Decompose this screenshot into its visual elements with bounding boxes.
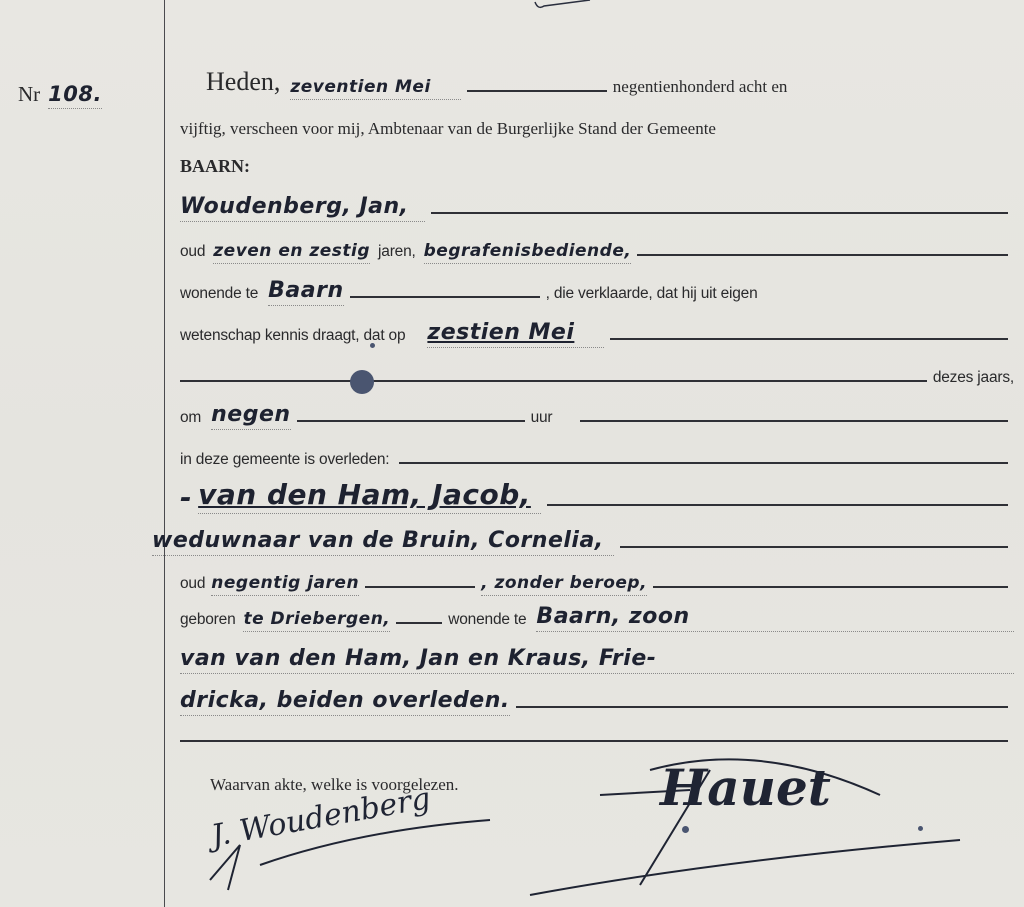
- line-municipality: BAARN:: [180, 146, 1014, 180]
- declarant-name-handwritten: Woudenberg, Jan,: [180, 194, 425, 222]
- heden-label: Heden,: [206, 67, 280, 100]
- civil-death-record-page: Nr 108. Heden, zeventien Mei negentienho…: [0, 0, 1024, 907]
- ink-blot: [350, 370, 374, 394]
- oud-label: oud: [180, 243, 205, 264]
- fill-line: [467, 90, 607, 92]
- record-number: Nr 108.: [18, 82, 102, 109]
- deceased-occupation-handwritten: , zonder beroep,: [481, 573, 647, 596]
- parents-cont-handwritten: dricka, beiden overleden.: [180, 688, 510, 716]
- wonende-te-label: wonende te: [448, 611, 526, 632]
- spouse-handwritten: weduwnaar van de Bruin, Cornelia,: [152, 528, 614, 556]
- oud-label: oud: [180, 575, 205, 596]
- line-declarant-residence: wonende te Baarn , die verklaarde, dat h…: [180, 272, 1014, 306]
- dash: -: [180, 481, 192, 514]
- fill-line: [516, 706, 1008, 708]
- death-date-handwritten: zestien Mei: [427, 320, 604, 348]
- fill-line: [297, 420, 525, 422]
- geboren-label: geboren: [180, 611, 235, 632]
- birthplace-handwritten: te Driebergen,: [243, 609, 390, 632]
- record-number-label: Nr: [18, 82, 40, 107]
- registration-date-handwritten: zeventien Mei: [290, 77, 460, 100]
- deceased-residence-handwritten: Baarn, zoon: [536, 604, 1014, 632]
- fill-line: [637, 254, 1008, 256]
- declarant-residence-handwritten: Baarn: [268, 278, 343, 306]
- fill-line: [399, 462, 1008, 464]
- line-death-date: wetenschap kennis draagt, dat op zestien…: [180, 314, 1014, 348]
- line-declarant: Woudenberg, Jan,: [180, 188, 1014, 222]
- fill-line: [365, 586, 475, 588]
- fill-line: [547, 504, 1008, 506]
- line-appearance: vijftig, verscheen voor mij, Ambtenaar v…: [180, 108, 1014, 142]
- uur-label: uur: [531, 409, 553, 430]
- jaren-label: jaren,: [378, 243, 416, 264]
- ink-dot: [918, 826, 923, 831]
- wonende-te-label: wonende te: [180, 285, 258, 306]
- fill-line: [431, 212, 1008, 214]
- declaration-text: , die verklaarde, dat hij uit eigen: [546, 285, 758, 306]
- signature-official-flourish: [520, 750, 990, 900]
- line-year: dezes jaars,: [180, 356, 1014, 390]
- year-text: negentienhonderd acht en: [613, 77, 788, 100]
- fill-line: [396, 622, 442, 624]
- deceased-name-handwritten: van den Ham, Jacob,: [198, 478, 541, 514]
- record-number-value: 108.: [48, 82, 102, 109]
- line-death-hour: om negen uur: [180, 396, 1014, 430]
- margin-rule: [164, 0, 165, 907]
- fill-line: [580, 420, 1008, 422]
- line-deceased-name: - van den Ham, Jacob,: [180, 480, 1014, 514]
- death-hour-handwritten: negen: [211, 402, 290, 430]
- ink-dot: [682, 826, 689, 833]
- line-spouse: weduwnaar van de Bruin, Cornelia,: [152, 522, 1014, 556]
- fill-line: [653, 586, 1008, 588]
- municipality-name: BAARN:: [180, 156, 250, 180]
- fill-line: [620, 546, 1008, 548]
- line-deceased-intro: in deze gemeente is overleden:: [180, 438, 1014, 472]
- previous-signature-remnant: [530, 0, 610, 14]
- line-parents-cont: dricka, beiden overleden.: [180, 682, 1014, 716]
- deceased-age-handwritten: negentig jaren: [211, 573, 359, 596]
- line-birthplace: geboren te Driebergen, wonende te Baarn,…: [180, 598, 1014, 632]
- line-date-registration: Heden, zeventien Mei negentienhonderd ac…: [206, 66, 1014, 100]
- dezes-jaars-text: dezes jaars,: [933, 369, 1014, 390]
- line-deceased-age: oud negentig jaren , zonder beroep,: [180, 562, 1014, 596]
- declarant-age-handwritten: zeven en zestig: [213, 241, 370, 264]
- om-label: om: [180, 409, 201, 430]
- fill-line: [350, 296, 540, 298]
- line-blank: [180, 716, 1014, 750]
- ink-dot: [370, 343, 375, 348]
- parents-handwritten: van van den Ham, Jan en Kraus, Frie-: [180, 646, 1014, 674]
- line-declarant-age: oud zeven en zestig jaren, begrafenisbed…: [180, 230, 1014, 264]
- fill-line: [180, 380, 927, 382]
- line-parents: van van den Ham, Jan en Kraus, Frie-: [180, 640, 1014, 674]
- signature-declarant-flourish: [200, 810, 500, 900]
- fill-line: [610, 338, 1008, 340]
- declarant-occupation-handwritten: begrafenisbediende,: [424, 241, 632, 264]
- deceased-intro-text: in deze gemeente is overleden:: [180, 451, 389, 472]
- appearance-text: vijftig, verscheen voor mij, Ambtenaar v…: [180, 119, 716, 142]
- fill-line: [180, 740, 1008, 742]
